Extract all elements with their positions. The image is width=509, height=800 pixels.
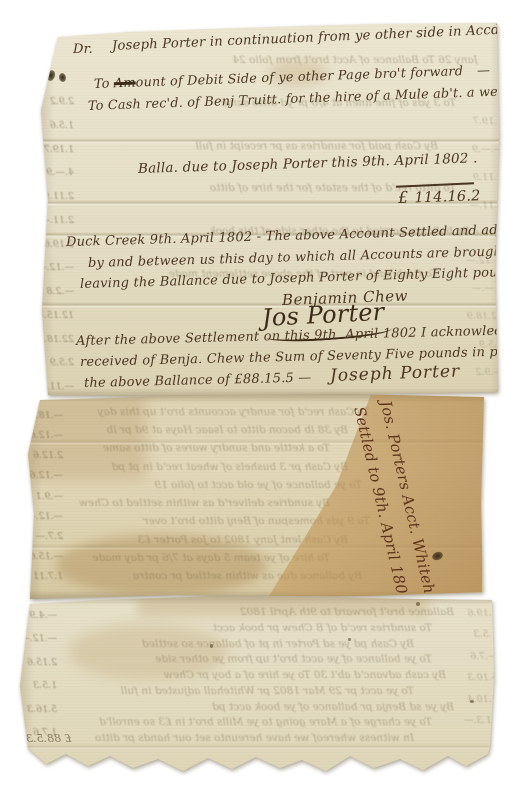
bleedthrough-number: 2.9.2 [42, 96, 74, 107]
bleedthrough-line: To ye ballance of ye acct bro't up from … [54, 653, 432, 665]
bleedthrough-line: To hire of ye team 5 days at 7/6 pr day … [40, 552, 330, 564]
bleedthrough-number: —.9.1 [26, 491, 63, 502]
ink-speck [470, 700, 474, 703]
bleedthrough-number: 2.5.9 [42, 357, 74, 368]
entry1-struck-text: Am [114, 76, 136, 92]
bleedthrough-numbers-right: 2.19.61.5.3—.7.65.10.34.10.411.3.— [464, 608, 498, 726]
entry1-dash: — [477, 63, 491, 78]
total-currency: £ [398, 188, 409, 207]
bleedthrough-number: —.9.2 [466, 367, 503, 378]
bleedthrough-number: 2.11.— [42, 215, 74, 226]
bleedthrough-number: 1.7.11 [26, 571, 63, 582]
bleedthrough-line: To ye acct pr 29 Mar 1802 pr Whitehall a… [54, 685, 414, 697]
bleedthrough-number: 2.7.— [26, 531, 63, 542]
bleedthrough-line: To ye ballance of ye old acct to folio 1… [40, 479, 362, 491]
paper-panel-middle: To Cash rec'd for sundry accounts bro't … [26, 394, 486, 600]
bleedthrough-number: 1.5.3 [464, 629, 498, 640]
bleedthrough-line: By Cash paid for sundries as pr receipt … [98, 140, 438, 152]
paper-middle-surface: To Cash rec'd for sundry accounts bro't … [26, 394, 486, 600]
ink-blot [45, 69, 56, 82]
bleedthrough-line: To a kettle and sundry wares of ditto sa… [40, 442, 330, 454]
bleedthrough-lines-bottom: Ballance bro't forward to 9th April 1802… [54, 606, 454, 744]
document-scan: Jany 26 To Ballance of Acct bro't from f… [0, 0, 509, 800]
bleedthrough-number: —.12.— [20, 633, 57, 644]
bleedthrough-number: —.12.6 [26, 430, 63, 441]
bleedthrough-number: —.2.8 [42, 286, 74, 297]
bleedthrough-number: —.11.7 [42, 381, 74, 392]
bleedthrough-number: 7.—.— [466, 283, 503, 294]
bleedthrough-number: 1.5.3 [20, 680, 57, 691]
bleedthrough-number: 4.—.9 [42, 167, 74, 178]
paper-panel-top: Jany 26 To Ballance of Acct bro't from f… [38, 20, 500, 398]
paper-bottom-surface: Ballance bro't forward to 9th April 1802… [18, 596, 496, 788]
bleedthrough-number: 5.10.3 [464, 672, 498, 683]
account-header: Joseph Porter in continuation from ye ot… [112, 19, 509, 54]
bleedthrough-number: —.12.— [26, 511, 63, 522]
bleedthrough-number: 2.15.6 [20, 657, 57, 668]
bleedthrough-number: 4.10.4 [464, 694, 498, 705]
bleedthrough-number: —.12.6 [26, 470, 63, 481]
bleedthrough-number: —.15.6 [26, 551, 63, 562]
bleedthrough-number: 2.11.9 [42, 191, 74, 202]
entry2-prefix: To [88, 98, 108, 114]
bleedthrough-number: —.4.9 [20, 610, 57, 621]
bleedthrough-number: 22.18.9 [466, 311, 503, 322]
entry1-currency: £. [500, 62, 509, 77]
ink-speck [416, 602, 420, 606]
bleedthrough-line: By Cash pd ye sd Porter in pt of ballanc… [54, 638, 414, 650]
bleedthrough-number: 12.15.— [42, 310, 74, 321]
bleedthrough-total: £ 88.5.3 [26, 732, 71, 745]
ink-speck [348, 638, 351, 641]
bleedthrough-line: By sundries deliver'd as within settled … [40, 497, 330, 509]
bleedthrough-numbers-left: —.18.6—.12.62.12.6—.12.6—.9.1—.12.—2.7.—… [26, 410, 63, 582]
bleedthrough-line: To ye charge of a Mare going to ye Mills… [54, 716, 432, 728]
bleedthrough-number: —.12.— [42, 262, 74, 273]
total-line: £114.16.2 [398, 185, 481, 207]
bleedthrough-number: 1.5.6 [42, 120, 74, 131]
paper-panel-bottom: Ballance bro't forward to 9th April 1802… [18, 596, 496, 788]
debit-column-label: Dr. [73, 42, 93, 57]
bleedthrough-number: 2.11.9 [466, 172, 503, 183]
entry1-prefix: To [94, 76, 114, 92]
bleedthrough-line: By Cash pr 3 bushels of wheat rec'd in p… [40, 461, 348, 473]
bleedthrough-number: 1.19.7 [42, 144, 74, 155]
bleedthrough-line: In witness whereof we have hereunto set … [54, 732, 414, 744]
bleedthrough-line: To Cash rec'd for sundry accounts bro't … [40, 406, 370, 418]
bleedthrough-line: Jany 26 To Ballance of Acct bro't from f… [98, 54, 478, 66]
total-amount: 114.16.2 [414, 188, 481, 206]
bleedthrough-number: 22.18.9 [42, 334, 74, 345]
bleedthrough-number: —.18.6 [26, 410, 63, 421]
bleedthrough-number: —.7.6 [464, 651, 498, 662]
bleedthrough-number: 2.19.6 [464, 608, 498, 619]
bleedthrough-number: 11.3.— [464, 715, 498, 726]
bleedthrough-line: By cash advanc'd ab't 30 To ye hire of a… [54, 669, 446, 681]
paper-top-surface: Jany 26 To Ballance of Acct bro't from f… [38, 20, 500, 398]
bleedthrough-line: By 38 lb bacon ditto to Isaac Hays at 9d… [40, 424, 348, 436]
ink-blot [58, 72, 67, 82]
bleedthrough-line: To sundries rec'd of B Chew pr book acct [54, 622, 432, 634]
bleedthrough-number: 5.16.3 [20, 704, 57, 715]
bleedthrough-line: By ye sd Benja pr ballance of ye book ac… [54, 701, 454, 713]
receipt-signature: Joseph Porter [330, 361, 461, 386]
bleedthrough-number: 2.12.6 [26, 450, 63, 461]
bleedthrough-number: 1.19.7 [466, 116, 503, 127]
fold-crease [18, 744, 496, 750]
ink-speck [210, 644, 213, 648]
bleedthrough-line: Ballance bro't forward to 9th April 1802 [54, 606, 454, 618]
bleedthrough-numbers-left: —.4.9—.12.—2.15.61.5.35.16.31.7.6 [20, 610, 57, 738]
